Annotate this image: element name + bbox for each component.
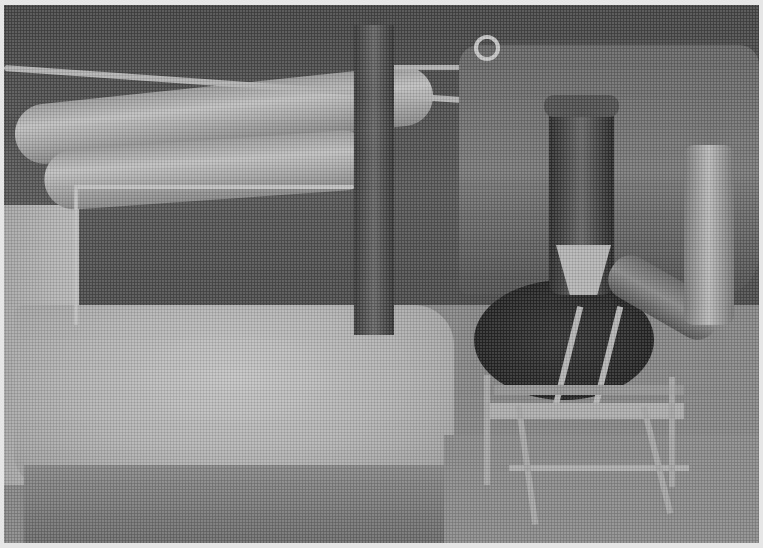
photograph: Historical black-and-white halftone phot…: [0, 0, 763, 548]
halftone-texture: [4, 5, 759, 543]
photo-frame: [4, 5, 759, 543]
